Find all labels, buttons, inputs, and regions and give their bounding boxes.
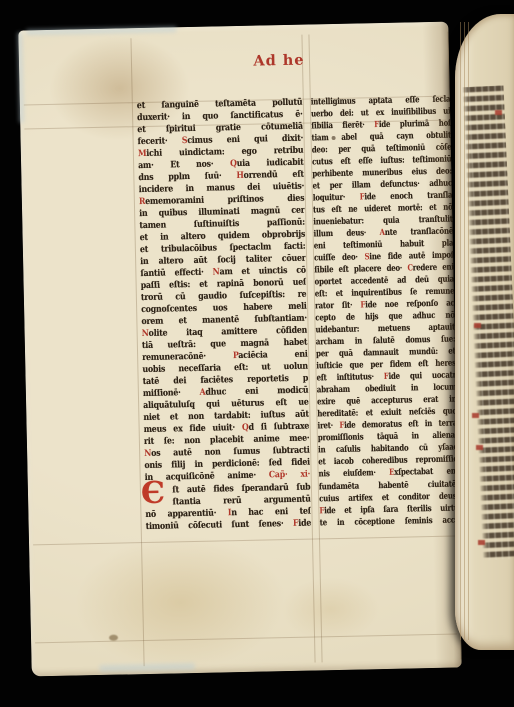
rubricated-text: M	[138, 149, 147, 159]
photo-stage: Ad he et ſanguinē teſtamēta pollutūduxer…	[0, 0, 514, 707]
text-column-left: et ſanguinē teſtamēta pollutūduxerit· in…	[137, 97, 312, 533]
running-header: Ad he	[231, 51, 327, 70]
text-line: nis eiuſdem· Exſpectabat eni	[319, 466, 459, 481]
text-line: fundamēta habentē ciuitatē:	[319, 478, 459, 493]
facing-page-fore-edge	[455, 14, 514, 650]
facing-page-rubric-mark	[495, 110, 502, 115]
rubricated-text: Cap̃· xi·	[269, 470, 311, 481]
facing-page-rubric-mark	[474, 323, 481, 328]
text-line: Fide et ipſa ſara ſterilis uirtu	[319, 502, 459, 517]
blue-tint-bottom-edge	[100, 663, 195, 672]
text-column-right: intelligimus aptata eſſe ſeclauerbo dei:…	[311, 94, 459, 529]
blue-tint-left-edge	[17, 32, 24, 122]
facing-page-text-texture	[462, 85, 514, 560]
ruling-line-horizontal	[33, 536, 455, 546]
manuscript-page: Ad he et ſanguinē teſtamēta pollutūduxer…	[18, 22, 461, 677]
facing-page-rubric-mark	[478, 540, 485, 545]
text-line: cuius artifex et conditor deus·	[319, 490, 459, 505]
text-line: te in cōceptione ſeminis acce	[320, 514, 460, 529]
ruling-line-horizontal	[35, 634, 457, 644]
blue-tint-top-edge	[26, 26, 176, 35]
page-edge-line	[460, 22, 461, 640]
facing-page-rubric-mark	[472, 413, 479, 418]
drop-cap-initial-E: Є	[141, 480, 174, 508]
facing-page-rubric-mark	[476, 445, 483, 450]
